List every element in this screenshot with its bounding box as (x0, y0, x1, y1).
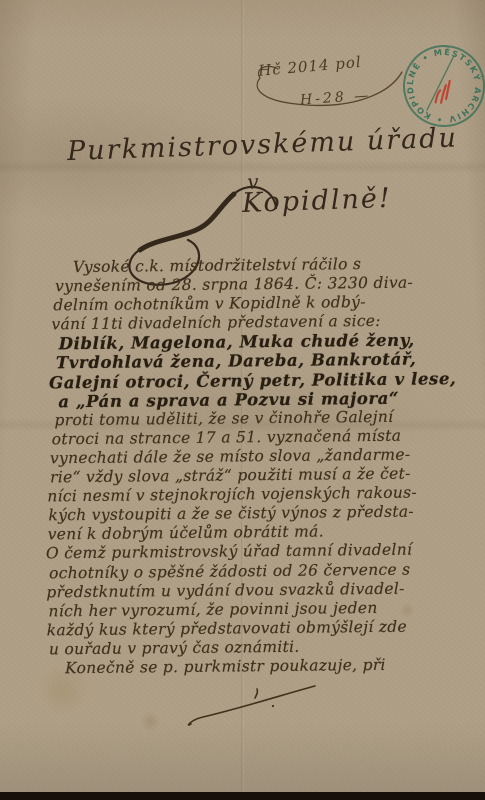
table-edge (0, 792, 485, 800)
stamp-ring-text: MĚSTSKÝ ARCHIV • KOPIDLNĚ • (395, 36, 485, 135)
closing-pen-stroke (185, 682, 320, 730)
letter-body: Vysoké c.k. místodržitelství ráčilo svyn… (43, 254, 485, 679)
handwritten-line: Galejní otroci, Černý petr, Politika v l… (44, 368, 485, 392)
stamp-red-mark (431, 81, 456, 104)
document-photo: Hč 2014 pol H-28 — MĚSTSKÝ ARCHIV • KOPI… (0, 0, 485, 800)
